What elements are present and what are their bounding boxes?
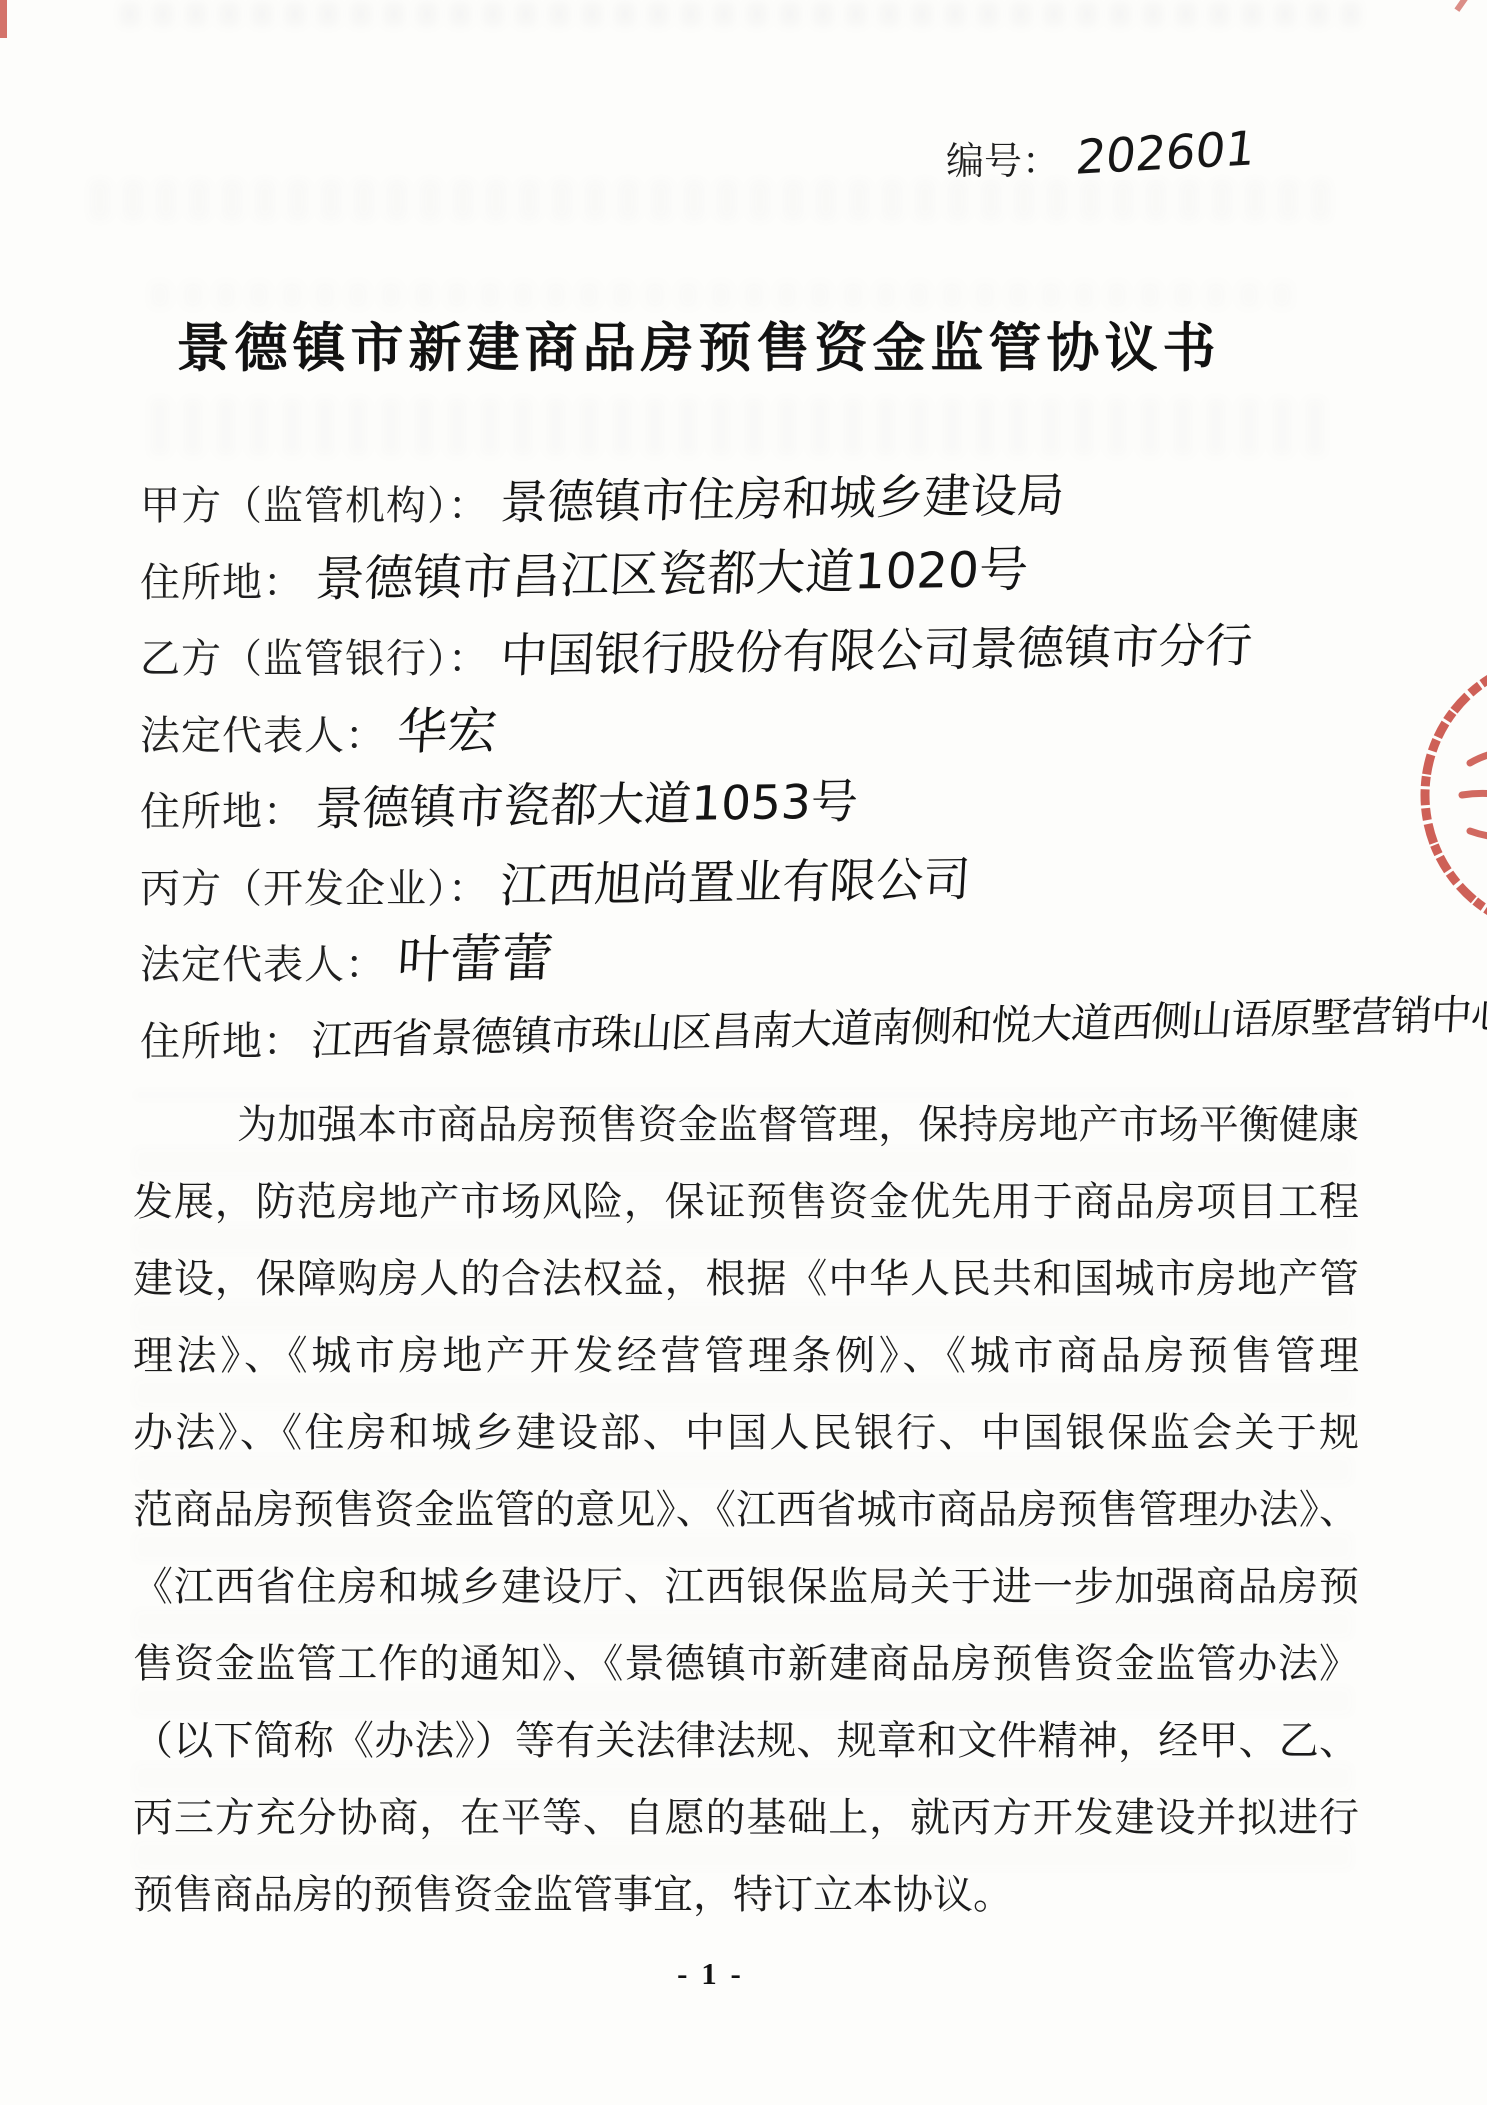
page-number: - 1 -	[0, 1956, 1454, 1992]
party-row-address: 住所地：景德镇市昌江区瓷都大道1020号	[140, 545, 1470, 622]
doc-number-handwritten-value: 202601	[1073, 121, 1258, 186]
party-row-address: 住所地：景德镇市瓷都大道1053号	[140, 774, 1470, 851]
doc-number-label: 编号：	[946, 141, 1060, 183]
body-paragraph: 为加强本市商品房预售资金监督管理，保持房地产市场平衡健康 发展，防范房地产市场风…	[133, 1086, 1359, 1933]
party-value-handwritten: 叶蕾蕾	[396, 933, 555, 987]
body-line: 建设，保障购房人的合法权益，根据《中华人民共和国城市房地产管	[133, 1240, 1359, 1317]
party-row-address: 住所地：江西省景德镇市珠山区昌南大道南侧和悦大道西侧山语原墅营销中心	[140, 1004, 1470, 1081]
scan-red-edge-mark	[1454, 0, 1487, 27]
party-row-jiafang: 甲方（监管机构）：景德镇市住房和城乡建设局	[140, 468, 1470, 545]
official-seal-graphic	[1412, 645, 1487, 945]
body-line: （以下简称《办法》）等有关法律法规、规章和文件精神，经甲、乙、	[133, 1702, 1359, 1779]
party-value-handwritten: 江西旭尚置业有限公司	[499, 856, 972, 910]
party-value-handwritten: 景德镇市住房和城乡建设局	[499, 472, 1066, 527]
scan-ghosting-strip	[120, 2, 1360, 26]
party-label: 丙方（开发企业）：	[140, 866, 489, 911]
body-line: 发展，防范房地产市场风险，保证预售资金优先用于商品房项目工程	[133, 1163, 1359, 1240]
party-label: 法定代表人：	[140, 942, 386, 987]
scan-ghosting-strip	[90, 180, 1330, 220]
party-row-legal-rep: 法定代表人：华宏	[140, 698, 1470, 775]
party-label: 住所地：	[140, 1019, 304, 1064]
party-row-bingfang: 丙方（开发企业）：江西旭尚置业有限公司	[140, 851, 1470, 928]
body-line: 预售商品房的预售资金监管事宜，特订立本协议。	[133, 1856, 1359, 1933]
scan-ghosting-strip	[150, 398, 1330, 456]
body-line: 《江西省住房和城乡建设厅、江西银保监局关于进一步加强商品房预	[133, 1548, 1359, 1625]
document-page: 编号：202601 景德镇市新建商品房预售资金监管协议书 甲方（监管机构）：景德…	[0, 0, 1487, 2105]
page-title: 景德镇市新建商品房预售资金监管协议书	[0, 306, 1442, 382]
official-seal	[1412, 645, 1487, 945]
party-label: 法定代表人：	[140, 713, 386, 758]
party-label: 住所地：	[140, 789, 304, 834]
party-label: 乙方（监管银行）：	[140, 636, 489, 681]
body-line: 范商品房预售资金监管的意见》、《江西省城市商品房预售管理办法》、	[133, 1471, 1359, 1548]
body-line: 理法》、《城市房地产开发经营管理条例》、《城市商品房预售管理	[133, 1317, 1359, 1394]
body-line: 办法》、《住房和城乡建设部、中国人民银行、中国银保监会关于规	[133, 1394, 1359, 1471]
party-value-handwritten: 景德镇市昌江区瓷都大道1020号	[314, 545, 1029, 604]
party-label: 甲方（监管机构）：	[140, 483, 489, 528]
body-line: 为加强本市商品房预售资金监督管理，保持房地产市场平衡健康	[133, 1086, 1359, 1163]
scan-ghosting-strip	[150, 282, 1300, 308]
party-value-handwritten: 华宏	[396, 705, 499, 756]
scan-red-edge-mark	[0, 0, 7, 38]
doc-number: 编号：202601	[946, 130, 1255, 186]
body-line: 售资金监管工作的通知》、《景德镇市新建商品房预售资金监管办法》	[133, 1625, 1359, 1702]
party-value-handwritten: 中国银行股份有限公司景德镇市分行	[499, 622, 1254, 680]
party-value-handwritten: 江西省景德镇市珠山区昌南大道南侧和悦大道西侧山语原墅营销中心	[310, 993, 1487, 1061]
party-row-legal-rep: 法定代表人：叶蕾蕾	[140, 927, 1470, 1004]
party-label: 住所地：	[140, 560, 304, 605]
party-row-yifang: 乙方（监管银行）：中国银行股份有限公司景德镇市分行	[140, 621, 1470, 698]
party-value-handwritten: 景德镇市瓷都大道1053号	[314, 778, 859, 833]
party-list: 甲方（监管机构）：景德镇市住房和城乡建设局 住所地：景德镇市昌江区瓷都大道102…	[140, 468, 1470, 1080]
body-line: 丙三方充分协商，在平等、自愿的基础上，就丙方开发建设并拟进行	[133, 1779, 1359, 1856]
